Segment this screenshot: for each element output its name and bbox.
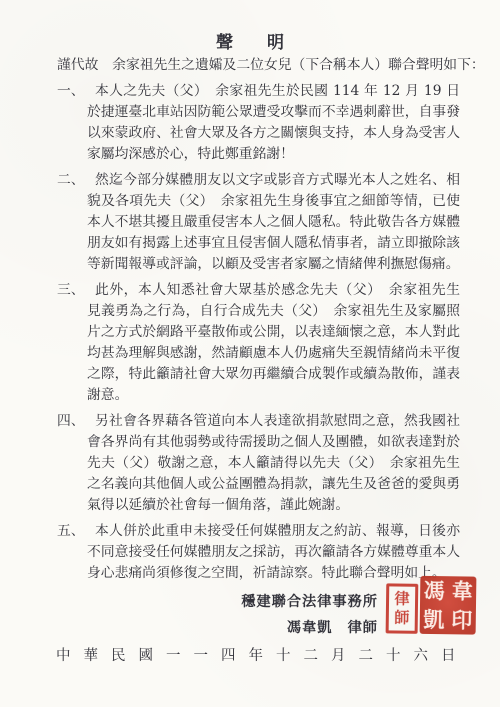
- statement-item: 一、 本人之先夫（父） 余家祖先生於民國 114 年 12 月 19 日於捷運臺…: [57, 81, 460, 165]
- item-number: 一、: [57, 81, 87, 165]
- item-text: 另社會各界藉各管道向本人表達欲捐款慰問之意，然我國社會各界尚有其他弱勢或待需援助…: [87, 411, 460, 516]
- statement-item: 五、 本人併於此重申未接受任何媒體朋友之約訪、報導，日後亦不同意接受任何媒體朋友…: [57, 521, 460, 584]
- lawyer-seal-stamp: 律師 馮韋凱印: [386, 575, 477, 634]
- item-number: 二、: [57, 170, 87, 275]
- statement-item: 四、 另社會各界藉各管道向本人表達欲捐款慰問之意，然我國社會各界尚有其他弱勢或待…: [57, 411, 460, 516]
- seal-character: 師: [394, 608, 409, 627]
- document-date: 中華民國一一四年十二月二十六日: [56, 644, 469, 665]
- item-text: 本人併於此重申未接受任何媒體朋友之約訪、報導，日後亦不同意接受任何媒體朋友之採訪…: [87, 521, 460, 584]
- statement-item: 二、 然迄今部分媒體朋友以文字或影音方式曝光本人之姓名、相貌及各項先夫（父） 余…: [57, 170, 460, 275]
- lawyer-name: 馮韋凱 律師: [287, 617, 378, 637]
- item-number: 四、: [57, 411, 87, 516]
- statement-intro: 謹代故 余家祖先生之遺孀及二位女兒（下合稱本人）聯合聲明如下：: [57, 55, 460, 76]
- seal-character: 律: [394, 589, 409, 608]
- item-number: 三、: [57, 280, 87, 406]
- statement-document: 聲 明 謹代故 余家祖先生之遺孀及二位女兒（下合稱本人）聯合聲明如下： 一、 本…: [0, 0, 500, 707]
- seal-character: 馮: [424, 580, 445, 601]
- seal-character: 凱: [423, 609, 444, 630]
- document-title: 聲 明: [0, 28, 500, 53]
- item-text: 此外，本人知悉社會大眾基於感念先夫（父） 余家祖先生見義勇為之行為，自行合成先夫…: [87, 280, 460, 406]
- law-firm-name: 穩建聯合法律事務所: [241, 591, 378, 611]
- statement-item: 三、 此外，本人知悉社會大眾基於感念先夫（父） 余家祖先生見義勇為之行為，自行合…: [57, 280, 460, 406]
- seal-character: 印: [451, 609, 472, 630]
- item-text: 然迄今部分媒體朋友以文字或影音方式曝光本人之姓名、相貌及各項先夫（父） 余家祖先…: [87, 170, 460, 275]
- item-number: 五、: [57, 521, 87, 584]
- statement-items: 一、 本人之先夫（父） 余家祖先生於民國 114 年 12 月 19 日於捷運臺…: [57, 81, 460, 589]
- seal-character: 韋: [452, 580, 473, 601]
- seal-title-box: 律師: [386, 583, 419, 633]
- item-text: 本人之先夫（父） 余家祖先生於民國 114 年 12 月 19 日於捷運臺北車站…: [87, 81, 460, 165]
- seal-name-box: 馮韋凱印: [420, 576, 477, 635]
